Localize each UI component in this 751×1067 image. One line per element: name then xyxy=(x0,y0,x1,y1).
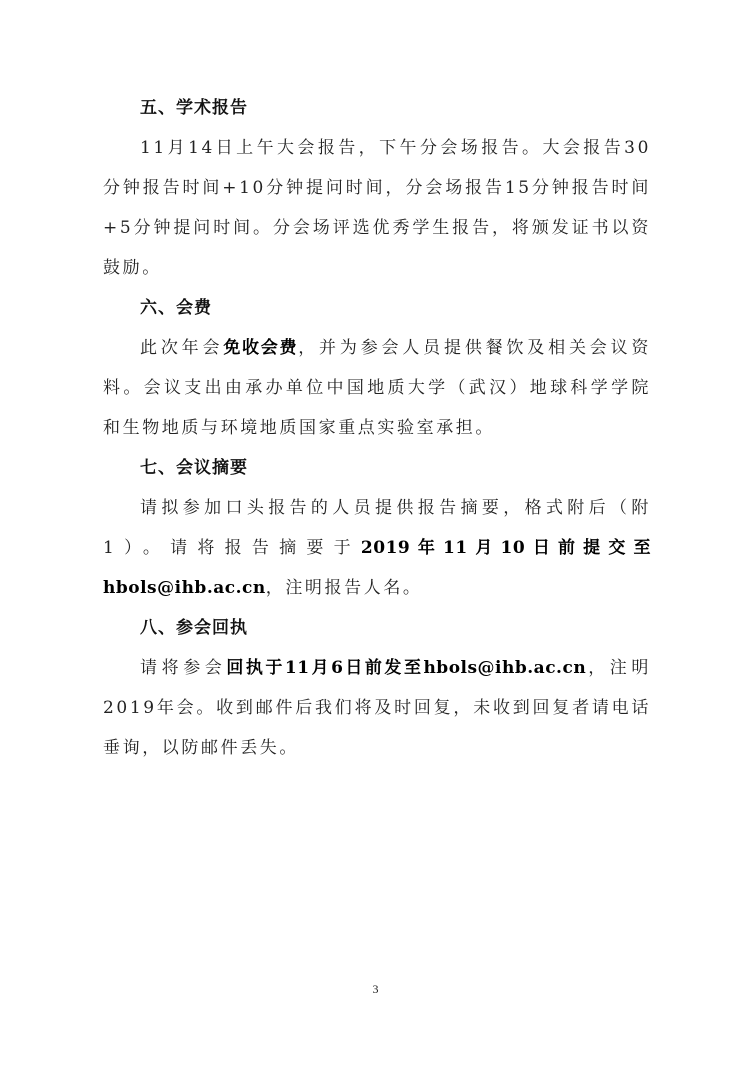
section-paragraph: 请拟参加口头报告的人员提供报告摘要，格式附后（附1）。请将报告摘要于2019年1… xyxy=(103,488,651,608)
section-abstracts: 七、会议摘要 请拟参加口头报告的人员提供报告摘要，格式附后（附1）。请将报告摘要… xyxy=(103,448,651,608)
emphasis-text: 回执于11月6日前发至hbols@ihb.ac.cn xyxy=(226,658,586,678)
document-page: 五、学术报告 11月14日上午大会报告，下午分会场报告。大会报告30分钟报告时间… xyxy=(103,88,651,768)
paragraph-text: ，注明报告人名。 xyxy=(266,578,423,598)
paragraph-text: 请将参会 xyxy=(140,658,226,678)
section-registration-receipt: 八、参会回执 请将参会回执于11月6日前发至hbols@ihb.ac.cn，注明… xyxy=(103,608,651,768)
section-heading: 七、会议摘要 xyxy=(103,448,651,488)
paragraph-text: 11月14日上午大会报告，下午分会场报告。大会报告30分钟报告时间+10分钟提问… xyxy=(103,138,651,278)
section-paragraph: 11月14日上午大会报告，下午分会场报告。大会报告30分钟报告时间+10分钟提问… xyxy=(103,128,651,288)
section-paragraph: 此次年会免收会费，并为参会人员提供餐饮及相关会议资料。会议支出由承办单位中国地质… xyxy=(103,328,651,448)
section-paragraph: 请将参会回执于11月6日前发至hbols@ihb.ac.cn，注明2019年会。… xyxy=(103,648,651,768)
emphasis-text: 免收会费 xyxy=(223,338,298,358)
section-heading: 五、学术报告 xyxy=(103,88,651,128)
section-academic-reports: 五、学术报告 11月14日上午大会报告，下午分会场报告。大会报告30分钟报告时间… xyxy=(103,88,651,288)
paragraph-text: 此次年会 xyxy=(140,338,223,358)
section-conference-fee: 六、会费 此次年会免收会费，并为参会人员提供餐饮及相关会议资料。会议支出由承办单… xyxy=(103,288,651,448)
section-heading: 八、参会回执 xyxy=(103,608,651,648)
page-number: 3 xyxy=(0,982,751,997)
section-heading: 六、会费 xyxy=(103,288,651,328)
